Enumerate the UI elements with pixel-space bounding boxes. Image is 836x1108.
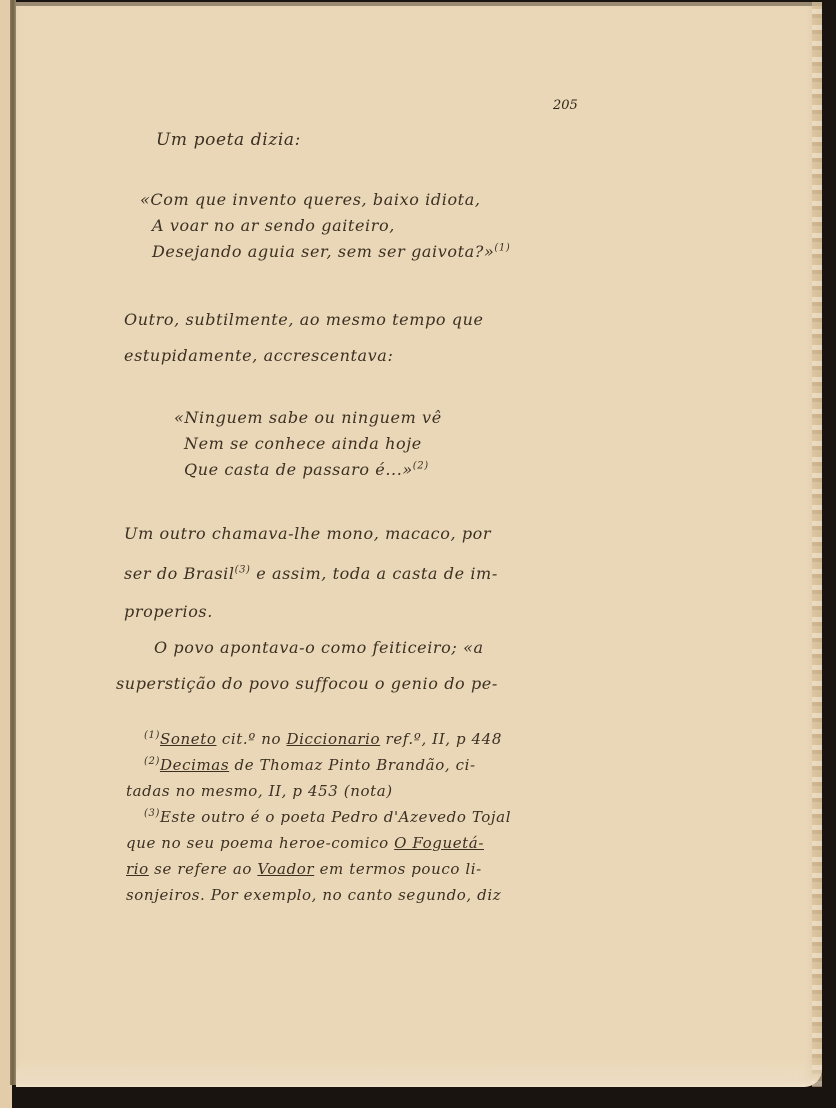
torn-right-edge (812, 2, 822, 1087)
verse-1-line-text: Desejando aguia ser, sem ser gaivota?» (152, 242, 494, 261)
footnote-3-cont: sonjeiros. Por exemplo, no canto segundo… (126, 886, 501, 904)
text-span: e assim, toda a casta de im- (251, 564, 498, 583)
paragraph-line: Outro, subtilmente, ao mesmo tempo que (124, 310, 484, 329)
text-span: ser do Brasil (124, 564, 235, 583)
verse-2-line-text: Que casta de passaro é...» (184, 460, 413, 479)
paragraph-line: properios. (124, 602, 213, 621)
footnote-3: (3)Este outro é o poeta Pedro d'Azevedo … (144, 808, 511, 826)
footnote-marker: (3) (144, 808, 160, 819)
paragraph-line: O povo apontava-o como feiticeiro; «a (154, 638, 484, 657)
footnote-3-cont: rio se refere ao Voador em termos pouco … (126, 860, 482, 878)
text-span: Este outro é o poeta Pedro d'Azevedo Toj… (160, 808, 511, 826)
footnote-marker: (1) (144, 730, 160, 741)
paragraph-line: Um outro chamava-lhe mono, macaco, por (124, 524, 491, 543)
text-span: que no seu poema heroe-comico (126, 834, 394, 852)
underlined-title: rio (126, 860, 149, 878)
verse-2-line: Nem se conhece ainda hoje (184, 434, 422, 453)
underlined-title: Voador (257, 860, 314, 878)
intro-line: Um poeta dizia: (156, 130, 301, 150)
underlined-title: Diccionario (287, 730, 381, 748)
footnote-ref-3: (3) (235, 565, 251, 576)
footnote-1: (1)Soneto cit.º no Diccionario ref.º, II… (144, 730, 502, 748)
footnote-marker: (2) (144, 756, 160, 767)
footnote-2: (2)Decimas de Thomaz Pinto Brandão, ci- (144, 756, 476, 774)
footnote-2-cont: tadas no mesmo, II, p 453 (nota) (126, 782, 393, 800)
paragraph-line: superstição do povo suffocou o genio do … (116, 674, 498, 693)
footnote-ref-2: (2) (413, 461, 429, 472)
underlined-title: Soneto (160, 730, 217, 748)
footnote-3-cont: que no seu poema heroe-comico O Foguetá- (126, 834, 484, 852)
text-span: cit.º no (216, 730, 286, 748)
text-span: se refere ao (149, 860, 258, 878)
verse-2-line: «Ninguem sabe ou ninguem vê (174, 408, 442, 427)
paragraph-line: ser do Brasil(3) e assim, toda a casta d… (124, 564, 498, 583)
underlined-title: Decimas (160, 756, 229, 774)
manuscript-page: 205 Um poeta dizia: «Com que invento que… (16, 2, 822, 1087)
text-span: de Thomaz Pinto Brandão, ci- (229, 756, 476, 774)
text-span: em termos pouco li- (314, 860, 482, 878)
verse-2-line: Que casta de passaro é...»(2) (184, 460, 429, 479)
page-number: 205 (553, 98, 578, 113)
verse-1-line: «Com que invento queres, baixo idiota, (140, 190, 481, 209)
underlined-title: O Foguetá- (394, 834, 484, 852)
footnote-ref-1: (1) (494, 243, 510, 254)
verse-1-line: A voar no ar sendo gaiteiro, (152, 216, 395, 235)
text-span: ref.º, II, p 448 (380, 730, 502, 748)
paragraph-line: estupidamente, accrescentava: (124, 346, 393, 365)
verse-1-line: Desejando aguia ser, sem ser gaivota?»(1… (152, 242, 510, 261)
